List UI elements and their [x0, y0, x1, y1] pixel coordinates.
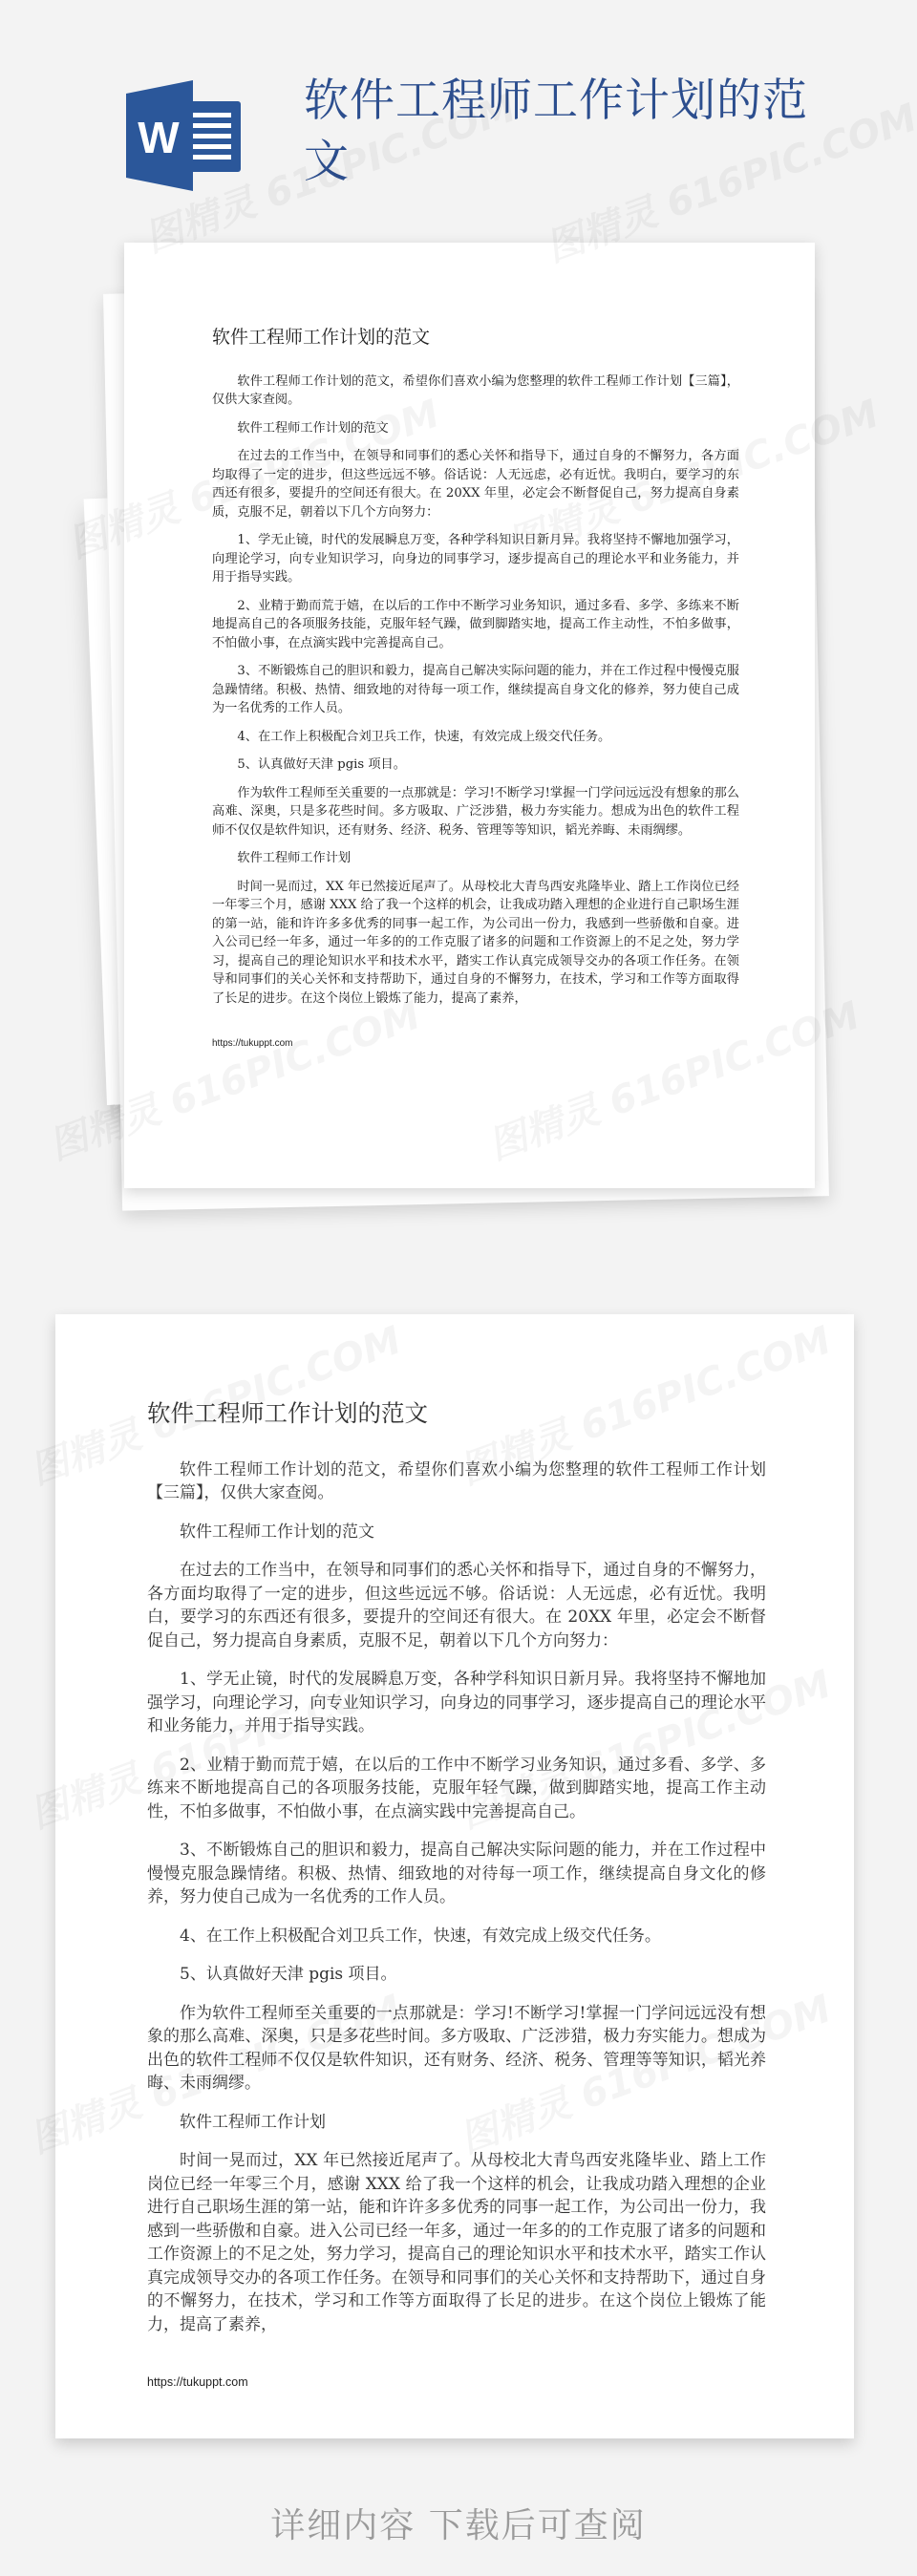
list-item: 4、在工作上积极配合刘卫兵工作，快速，有效完成上级交代任务。 — [147, 1925, 766, 1948]
source-url: https://tukuppt.com — [147, 2371, 766, 2395]
list-item: 2、业精于勤而荒于嬉，在以后的工作中不断学习业务知识，通过多看、多学、多练来不断… — [212, 597, 739, 653]
list-item: 4、在工作上积极配合刘卫兵工作，快速，有效完成上级交代任务。 — [212, 728, 739, 747]
list-item: 1、学无止镜，时代的发展瞬息万变，各种学科知识日新月异。我将坚持不懈地加强学习，… — [147, 1668, 766, 1738]
subheading: 软件工程师工作计划的范文 — [147, 1521, 766, 1544]
document-body: 软件工程师工作计划的范文 软件工程师工作计划的范文，希望你们喜欢小编为您整理的软… — [212, 329, 739, 1054]
document-title: 软件工程师工作计划的范文 — [147, 1402, 766, 1426]
paragraph: 软件工程师工作计划的范文，希望你们喜欢小编为您整理的软件工程师工作计划【三篇】，… — [212, 373, 739, 410]
paragraph: 作为软件工程师至关重要的一点那就是：学习!不断学习!掌握一门学问远远没有想象的那… — [147, 2002, 766, 2096]
list-item: 2、业精于勤而荒于嬉，在以后的工作中不断学习业务知识，通过多看、多学、多练来不断… — [147, 1754, 766, 1824]
list-item: 3、不断锻炼自己的胆识和毅力，提高自己解决实际问题的能力，并在工作过程中慢慢克服… — [147, 1839, 766, 1909]
list-item: 5、认真做好天津 pgis 项目。 — [212, 756, 739, 775]
paragraph: 软件工程师工作计划的范文，希望你们喜欢小编为您整理的软件工程师工作计划【三篇】，… — [147, 1458, 766, 1505]
document-preview-large: 软件工程师工作计划的范文 软件工程师工作计划的范文，希望你们喜欢小编为您整理的软… — [55, 1314, 854, 2438]
document-body: 软件工程师工作计划的范文 软件工程师工作计划的范文，希望你们喜欢小编为您整理的软… — [147, 1402, 766, 2395]
svg-text:W: W — [138, 113, 180, 162]
word-document-icon: W — [126, 80, 245, 191]
paragraph: 在过去的工作当中，在领导和同事们的悉心关怀和指导下，通过自身的不懈努力，各方面均… — [212, 447, 739, 522]
paragraph: 时间一晃而过，XX 年已然接近尾声了。从母校北大青鸟西安兆隆毕业、踏上工作岗位已… — [147, 2149, 766, 2336]
document-title: 软件工程师工作计划的范文 — [212, 329, 739, 348]
paragraph: 时间一晃而过，XX 年已然接近尾声了。从母校北大青鸟西安兆隆毕业、踏上工作岗位已… — [212, 878, 739, 1009]
page-title: 软件工程师工作计划的范文 — [304, 71, 839, 193]
list-item: 3、不断锻炼自己的胆识和毅力，提高自己解决实际问题的能力，并在工作过程中慢慢克服… — [212, 662, 739, 718]
list-item: 5、认真做好天津 pgis 项目。 — [147, 1963, 766, 1987]
paragraph: 作为软件工程师至关重要的一点那就是：学习!不断学习!掌握一门学问远远没有想象的那… — [212, 784, 739, 841]
header: W 软件工程师工作计划的范文 — [0, 0, 917, 210]
document-preview-small: 软件工程师工作计划的范文 软件工程师工作计划的范文，希望你们喜欢小编为您整理的软… — [124, 243, 815, 1188]
document-preview-stack: 软件工程师工作计划的范文 软件工程师工作计划的范文，希望你们喜欢小编为您整理的软… — [0, 220, 917, 1232]
paragraph: 在过去的工作当中，在领导和同事们的悉心关怀和指导下，通过自身的不懈努力，各方面均… — [147, 1559, 766, 1652]
subheading: 软件工程师工作计划的范文 — [212, 419, 739, 438]
subheading: 软件工程师工作计划 — [212, 849, 739, 868]
download-prompt: 详细内容 下载后可查阅 — [0, 2499, 917, 2547]
subheading: 软件工程师工作计划 — [147, 2111, 766, 2135]
source-url: https://tukuppt.com — [212, 1034, 739, 1054]
list-item: 1、学无止镜，时代的发展瞬息万变，各种学科知识日新月异。我将坚持不懈地加强学习，… — [212, 531, 739, 587]
